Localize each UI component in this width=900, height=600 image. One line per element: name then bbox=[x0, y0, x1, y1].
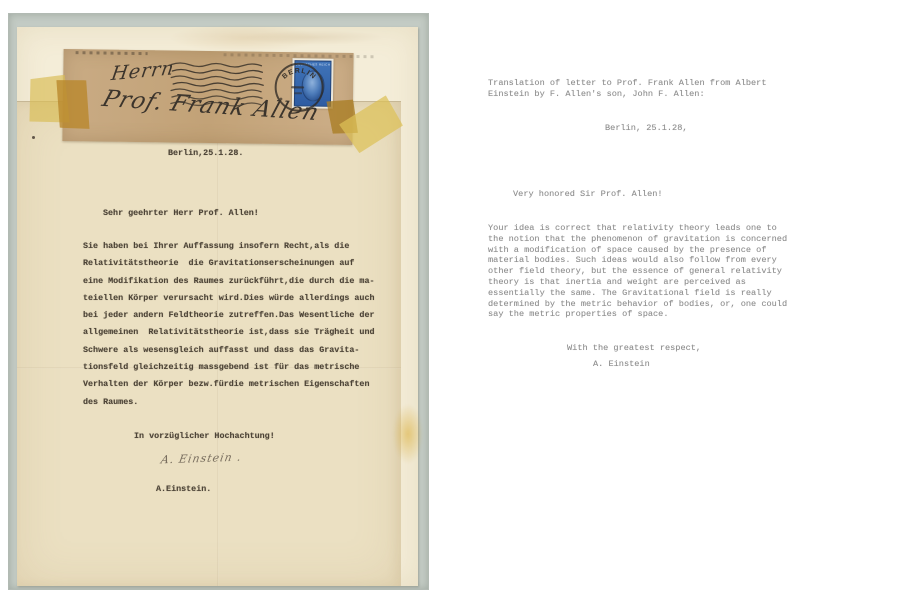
translation-dateline: Berlin, 25.1.28, bbox=[605, 123, 688, 134]
letter-body-german: Sie haben bei Ihrer Auffassung insofern … bbox=[83, 238, 375, 411]
letter-salutation: Sehr geehrter Herr Prof. Allen! bbox=[103, 208, 259, 218]
letter-closing: In vorzüglicher Hochachtung! bbox=[134, 431, 275, 441]
translation-closing: With the greatest respect, bbox=[567, 343, 701, 354]
translation-panel: Translation of letter to Prof. Frank All… bbox=[430, 0, 900, 600]
document-scan-page: Berlin,25.1.28. Sehr geehrter Herr Prof.… bbox=[0, 0, 900, 600]
translation-body: Your idea is correct that relativity the… bbox=[488, 223, 787, 320]
translation-header: Translation of letter to Prof. Frank All… bbox=[488, 78, 766, 100]
address-handwriting-line1: Herrn bbox=[110, 57, 176, 85]
translation-signature: A. Einstein bbox=[593, 359, 650, 370]
faded-print-marks bbox=[76, 51, 148, 55]
typed-signature: A.Einstein. bbox=[156, 484, 211, 494]
ink-speck bbox=[32, 136, 35, 139]
paper-stain bbox=[244, 30, 384, 45]
letter-photograph: Berlin,25.1.28. Sehr geehrter Herr Prof.… bbox=[8, 13, 429, 590]
letter-sheet: Berlin,25.1.28. Sehr geehrter Herr Prof.… bbox=[17, 101, 401, 586]
translation-salutation: Very honored Sir Prof. Allen! bbox=[513, 189, 663, 200]
yellow-stain bbox=[393, 404, 423, 464]
letter-dateline: Berlin,25.1.28. bbox=[168, 148, 243, 158]
postmark-city-label: BERLIN bbox=[281, 67, 317, 81]
envelope-fragment: Herrn Prof. Frank Allen DEUTSCHES REICH bbox=[62, 49, 353, 145]
handwritten-signature: A. Einstein . bbox=[160, 451, 243, 467]
svg-text:BERLIN: BERLIN bbox=[281, 67, 317, 81]
